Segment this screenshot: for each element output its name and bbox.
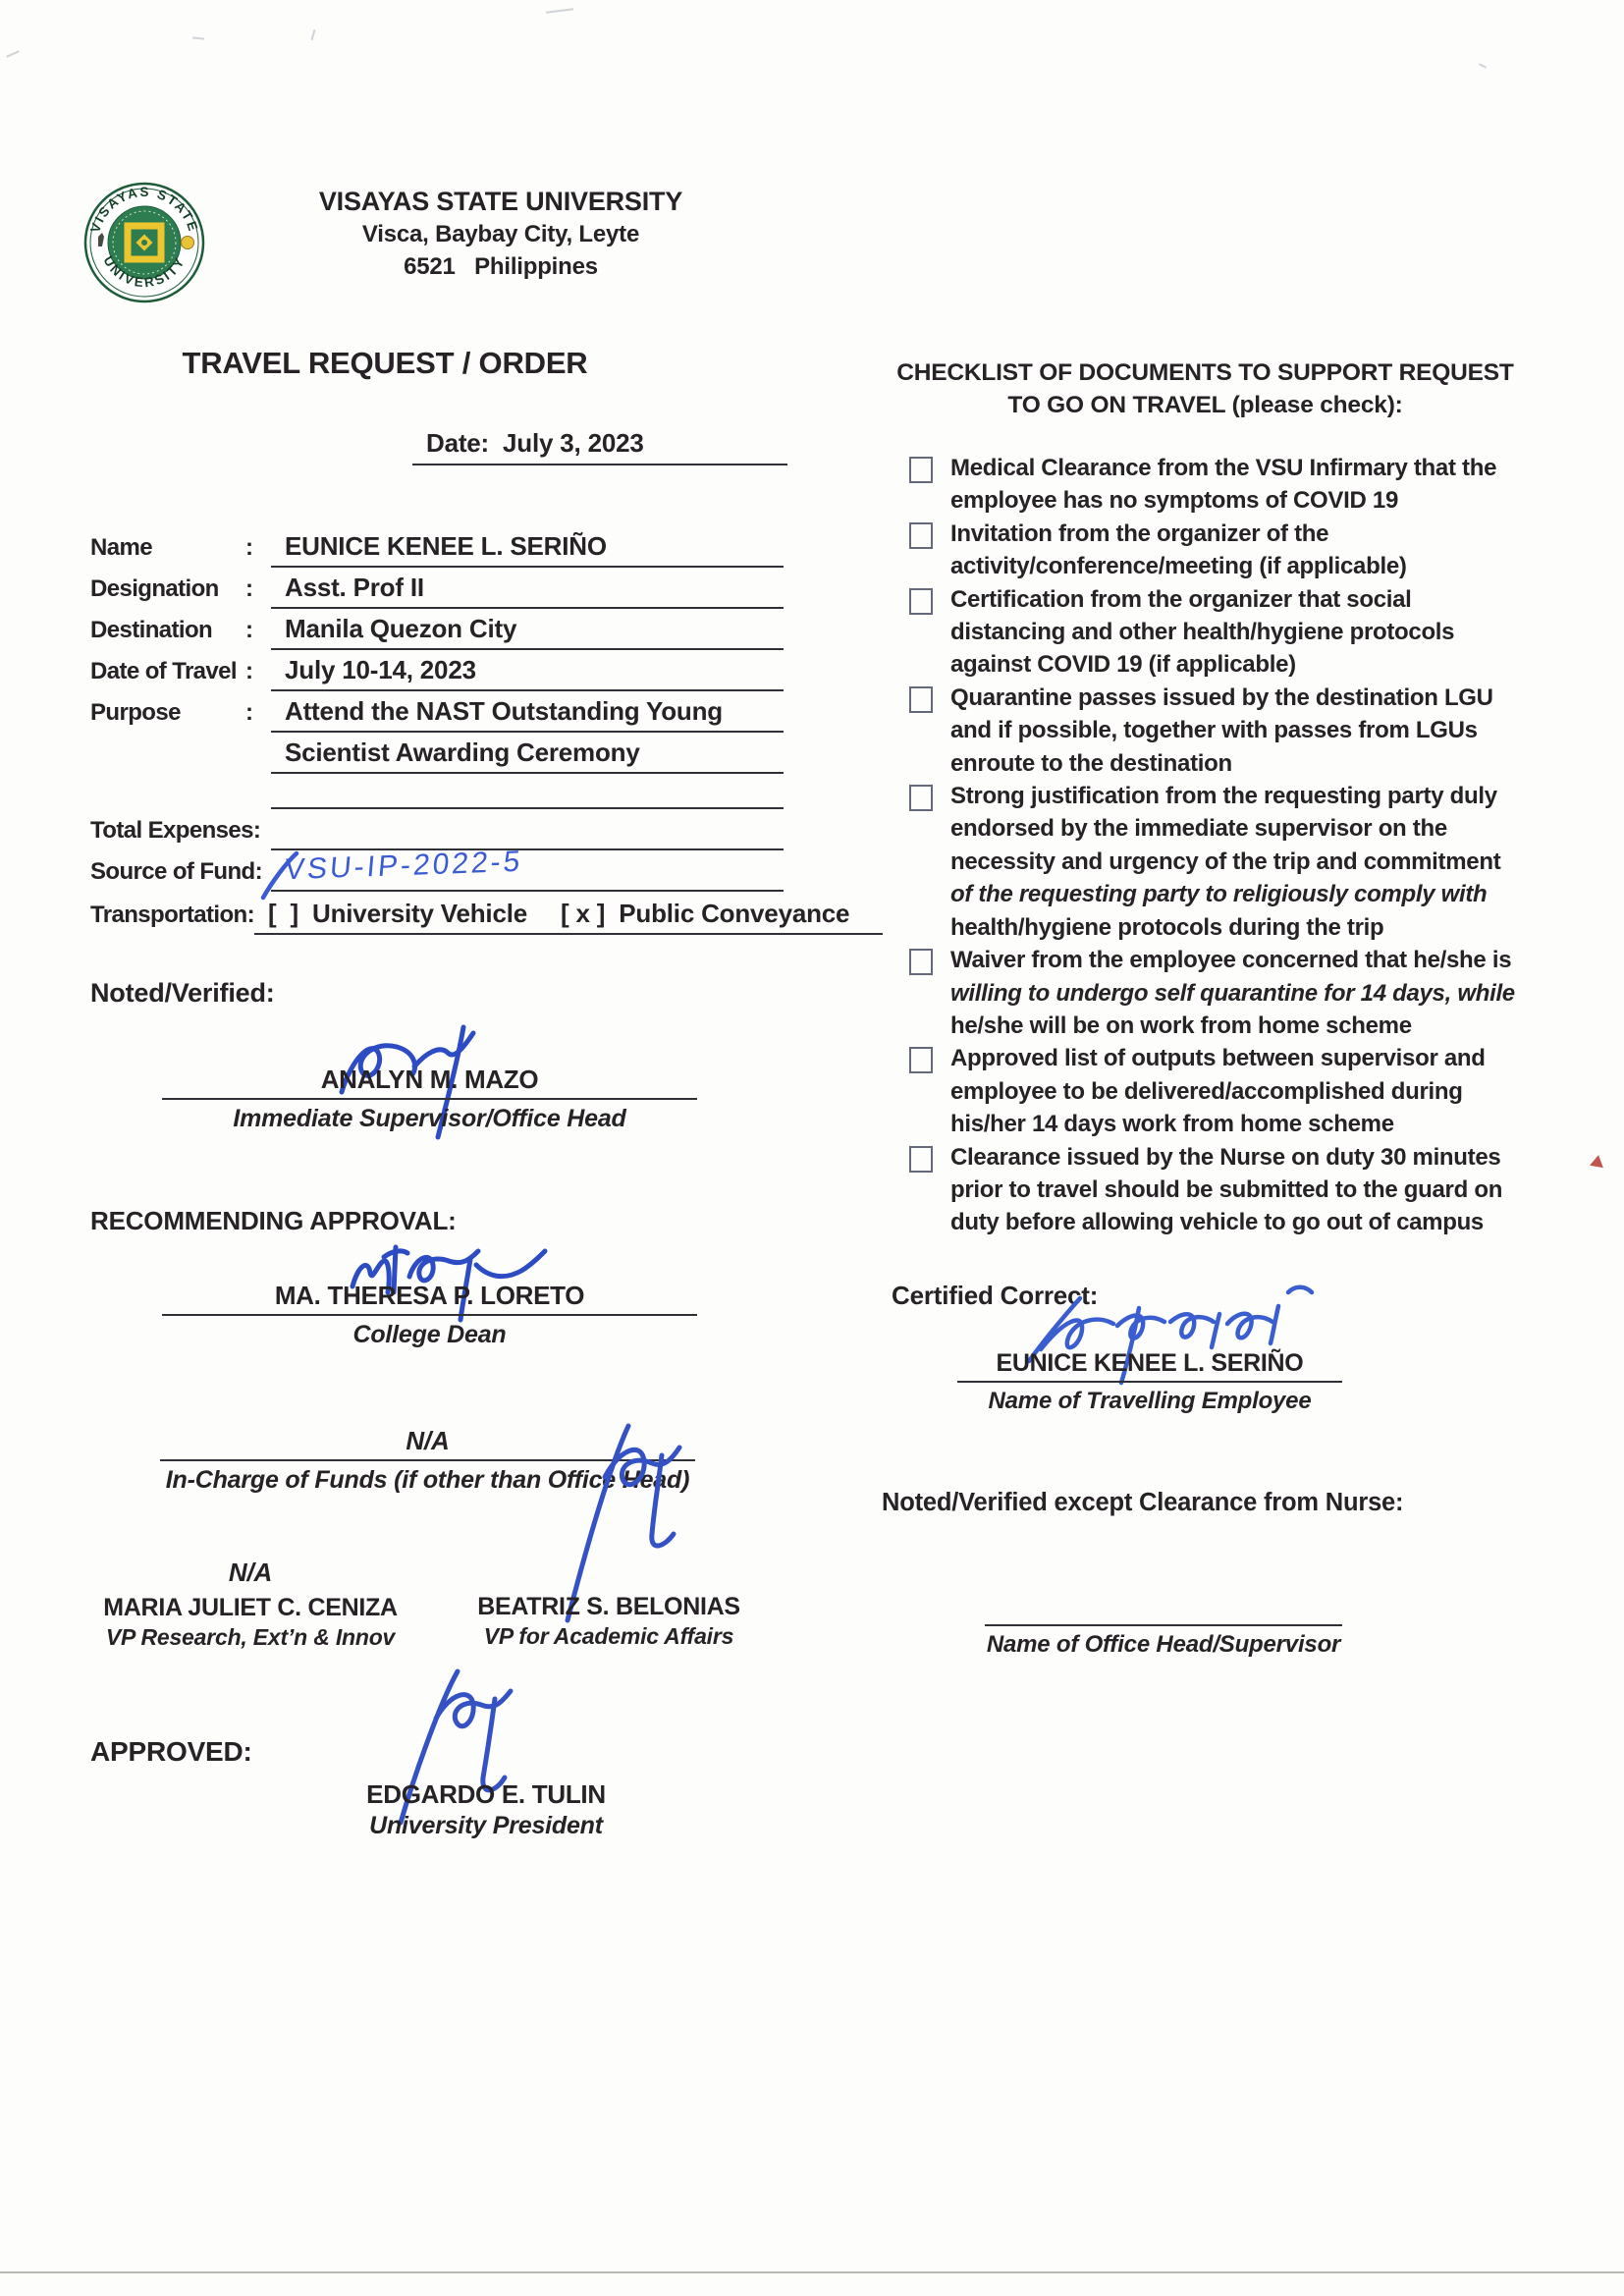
noted-signatory-block: ANALYN M. MAZO Immediate Supervisor/Offi… [162, 1065, 697, 1133]
checklist-line: necessity and urgency of the trip and co… [950, 846, 1500, 878]
date-label: Date: [426, 428, 489, 458]
university-address: Visca, Baybay City, Leyte [255, 221, 746, 248]
certified-signatory-caption: Name of Travelling Employee [957, 1388, 1342, 1415]
checkbox-icon [909, 686, 933, 713]
checkbox-icon [909, 588, 933, 615]
checklist-line: Clearance issued by the Nurse on duty 30… [950, 1141, 1502, 1174]
field-label: Destination [90, 617, 245, 650]
checklist-line: Approved list of outputs between supervi… [950, 1042, 1486, 1074]
incharge-caption: In-Charge of Funds (if other than Office… [160, 1466, 695, 1495]
recommending-approval-heading: RECOMMENDING APPROVAL: [90, 1206, 457, 1236]
form-field-row: Designation:Asst. Prof II [90, 568, 784, 609]
document-title: TRAVEL REQUEST / ORDER [90, 346, 679, 381]
checklist-title-line2: TO GO ON TRAVEL (please check): [884, 389, 1527, 421]
field-colon: : [245, 534, 271, 568]
checklist-line: Invitation from the organizer of the [950, 518, 1407, 550]
field-colon [245, 768, 271, 774]
date-field: Date:July 3, 2023 [412, 428, 787, 465]
checklist-line: employee to be delivered/accomplished du… [950, 1075, 1486, 1108]
vp-academic-title: VP for Academic Affairs [422, 1623, 795, 1650]
vp-research-na: N/A [98, 1558, 403, 1588]
vp-academic-name: BEATRIZ S. BELONIAS [422, 1593, 795, 1621]
field-colon: : [245, 699, 271, 733]
signature-line [957, 1381, 1342, 1383]
checklist-line: Strong justification from the requesting… [950, 780, 1500, 812]
checkbox-icon [909, 457, 933, 483]
approved-heading: APPROVED: [90, 1736, 252, 1768]
noted-signatory-title: Immediate Supervisor/Office Head [162, 1105, 697, 1133]
checklist-item: Invitation from the organizer of theacti… [909, 518, 1538, 583]
checklist-line: prior to travel should be submitted to t… [950, 1174, 1502, 1206]
checkbox-icon [909, 522, 933, 549]
form-field-row: Name:EUNICE KENEE L. SERIÑO [90, 526, 784, 568]
header-block: VISAYAS STATE UNIVERSITY Visca, Baybay C… [255, 187, 746, 281]
checklist-item-text: Waiver from the employee concerned that … [950, 944, 1515, 1042]
checklist-line: endorsed by the immediate supervisor on … [950, 812, 1500, 845]
noted-except-heading: Noted/Verified except Clearance from Nur… [882, 1489, 1403, 1517]
seal-sun-dot [182, 237, 194, 249]
noted-signatory-name: ANALYN M. MAZO [162, 1065, 697, 1095]
checklist-line: his/her 14 days work from home scheme [950, 1108, 1486, 1140]
certified-signatory-name: EUNICE KENEE L. SERIÑO [957, 1349, 1342, 1378]
checklist: Medical Clearance from the VSU Infirmary… [909, 452, 1538, 1239]
scan-artifact [1479, 63, 1487, 69]
field-label: Date of Travel [90, 658, 245, 691]
checklist-title-line1: CHECKLIST OF DOCUMENTS TO SUPPORT REQUES… [884, 356, 1527, 389]
red-scan-mark [1590, 1154, 1605, 1168]
field-value: Attend the NAST Outstanding Young [271, 696, 784, 733]
field-value: July 10-14, 2023 [271, 655, 784, 691]
signature-line [162, 1314, 697, 1316]
certified-signatory-block: EUNICE KENEE L. SERIÑO Name of Travellin… [957, 1349, 1342, 1415]
checklist-line: Quarantine passes issued by the destinat… [950, 682, 1493, 714]
office-head-caption: Name of Office Head/Supervisor [985, 1631, 1342, 1659]
field-label: Purpose [90, 699, 245, 733]
scan-artifact [192, 36, 204, 39]
signature-line [985, 1624, 1342, 1626]
bottom-scan-edge-line [0, 2271, 1624, 2273]
field-value: EUNICE KENEE L. SERIÑO [271, 531, 784, 568]
checklist-item-text: Medical Clearance from the VSU Infirmary… [950, 452, 1496, 518]
form-field-row: Date of Travel:July 10-14, 2023 [90, 650, 784, 691]
travel-request-document: VISAYAS STATE UNIVERSITY VISAYAS STATE U… [0, 0, 1624, 2296]
field-label [90, 768, 245, 774]
checklist-item: Strong justification from the requesting… [909, 780, 1538, 944]
field-label: Name [90, 534, 245, 568]
recommending-signatory-name: MA. THERESA P. LORETO [162, 1281, 697, 1311]
total-expenses-label: Total Expenses: [90, 817, 271, 850]
checkbox-icon [909, 1146, 933, 1173]
checklist-item: Medical Clearance from the VSU Infirmary… [909, 452, 1538, 518]
transportation-label: Transportation: [90, 902, 254, 935]
checklist-line: Waiver from the employee concerned that … [950, 944, 1515, 976]
university-postal: 6521 Philippines [255, 253, 746, 281]
signature-line [160, 1459, 695, 1461]
university-name: VISAYAS STATE UNIVERSITY [255, 187, 746, 217]
checklist-line: of the requesting party to religiously c… [950, 878, 1500, 910]
vp-academic-block: BEATRIZ S. BELONIAS VP for Academic Affa… [422, 1558, 795, 1650]
office-head-block: Name of Office Head/Supervisor [985, 1624, 1342, 1659]
scan-artifact [6, 50, 20, 58]
checkbox-icon [909, 1047, 933, 1073]
checklist-item: Quarantine passes issued by the destinat… [909, 682, 1538, 780]
total-expenses-row: Total Expenses: [90, 809, 784, 850]
checklist-item: Clearance issued by the Nurse on duty 30… [909, 1141, 1538, 1239]
field-colon: : [245, 658, 271, 691]
vp-research-name: MARIA JULIET C. CENIZA [98, 1594, 403, 1622]
checklist-line: employee has no symptoms of COVID 19 [950, 484, 1496, 517]
checkbox-icon [909, 949, 933, 975]
checklist-item-text: Quarantine passes issued by the destinat… [950, 682, 1493, 780]
checklist-line: distancing and other health/hygiene prot… [950, 616, 1454, 648]
scan-artifact [546, 8, 573, 13]
checklist-line: duty before allowing vehicle to go out o… [950, 1206, 1502, 1238]
checklist-item-text: Strong justification from the requesting… [950, 780, 1500, 944]
noted-verified-heading: Noted/Verified: [90, 978, 275, 1009]
transportation-row: Transportation: [ ] University Vehicle[ … [90, 892, 784, 935]
field-value: Scientist Awarding Ceremony [271, 738, 784, 774]
checkbox-icon [909, 785, 933, 811]
field-colon: : [245, 575, 271, 609]
university-seal-logo: VISAYAS STATE UNIVERSITY [83, 182, 205, 303]
checklist-line: enroute to the destination [950, 747, 1493, 780]
approved-signatory-title: University President [295, 1812, 677, 1840]
checklist-item: Certification from the organizer that so… [909, 583, 1538, 682]
form-field-row: Scientist Awarding Ceremony [90, 733, 784, 774]
checklist-item-text: Approved list of outputs between supervi… [950, 1042, 1486, 1140]
vp-research-title: VP Research, Ext’n & Innov [98, 1624, 403, 1651]
checklist-item: Approved list of outputs between supervi… [909, 1042, 1538, 1140]
certified-correct-heading: Certified Correct: [892, 1281, 1098, 1311]
field-label: Designation [90, 575, 245, 609]
source-of-fund-label: Source of Fund: [90, 858, 271, 892]
source-of-fund-handwritten-value: VSU-IP-2022-5 [284, 846, 524, 888]
field-value: Manila Quezon City [271, 614, 784, 650]
recommending-signatory-title: College Dean [162, 1321, 697, 1349]
checklist-item: Waiver from the employee concerned that … [909, 944, 1538, 1042]
expenses-block: Total Expenses: Source of Fund: VSU-IP-2… [90, 786, 784, 935]
incharge-of-funds-block: N/A In-Charge of Funds (if other than Of… [160, 1426, 695, 1495]
transport-option-public-conveyance: [ x ] Public Conveyance [561, 899, 849, 928]
signature-line [162, 1098, 697, 1100]
form-field-row: Purpose:Attend the NAST Outstanding Youn… [90, 691, 784, 733]
form-field-row: Destination:Manila Quezon City [90, 609, 784, 650]
field-value: Asst. Prof II [271, 573, 784, 609]
approved-signatory-name: EDGARDO E. TULIN [295, 1779, 677, 1810]
checklist-line: against COVID 19 (if applicable) [950, 648, 1454, 681]
source-of-fund-row: Source of Fund: VSU-IP-2022-5 [90, 850, 784, 892]
transport-option-university-vehicle: [ ] University Vehicle [268, 899, 527, 928]
scan-artifact [311, 29, 316, 40]
checklist-item-text: Invitation from the organizer of theacti… [950, 518, 1407, 583]
total-expenses-value [271, 845, 784, 850]
checklist-title: CHECKLIST OF DOCUMENTS TO SUPPORT REQUES… [884, 356, 1527, 421]
incharge-na-value: N/A [160, 1426, 695, 1456]
checklist-item-text: Certification from the organizer that so… [950, 583, 1454, 682]
purpose-extra-line [90, 786, 784, 809]
date-value: July 3, 2023 [503, 428, 644, 458]
checklist-line: and if possible, together with passes fr… [950, 714, 1493, 746]
form-fields: Name:EUNICE KENEE L. SERIÑODesignation:A… [90, 526, 784, 774]
approved-signatory-block: EDGARDO E. TULIN University President [295, 1779, 677, 1840]
vp-research-block: N/A MARIA JULIET C. CENIZA VP Research, … [98, 1558, 403, 1651]
checklist-line: Certification from the organizer that so… [950, 583, 1454, 616]
checklist-line: he/she will be on work from home scheme [950, 1010, 1515, 1042]
field-colon: : [245, 617, 271, 650]
checklist-line: health/hygiene protocols during the trip [950, 911, 1500, 944]
checklist-line: willing to undergo self quarantine for 1… [950, 977, 1515, 1010]
checklist-line: Medical Clearance from the VSU Infirmary… [950, 452, 1496, 484]
checklist-item-text: Clearance issued by the Nurse on duty 30… [950, 1141, 1502, 1239]
checklist-line: activity/conference/meeting (if applicab… [950, 550, 1407, 582]
recommending-signatory-block: MA. THERESA P. LORETO College Dean [162, 1281, 697, 1349]
